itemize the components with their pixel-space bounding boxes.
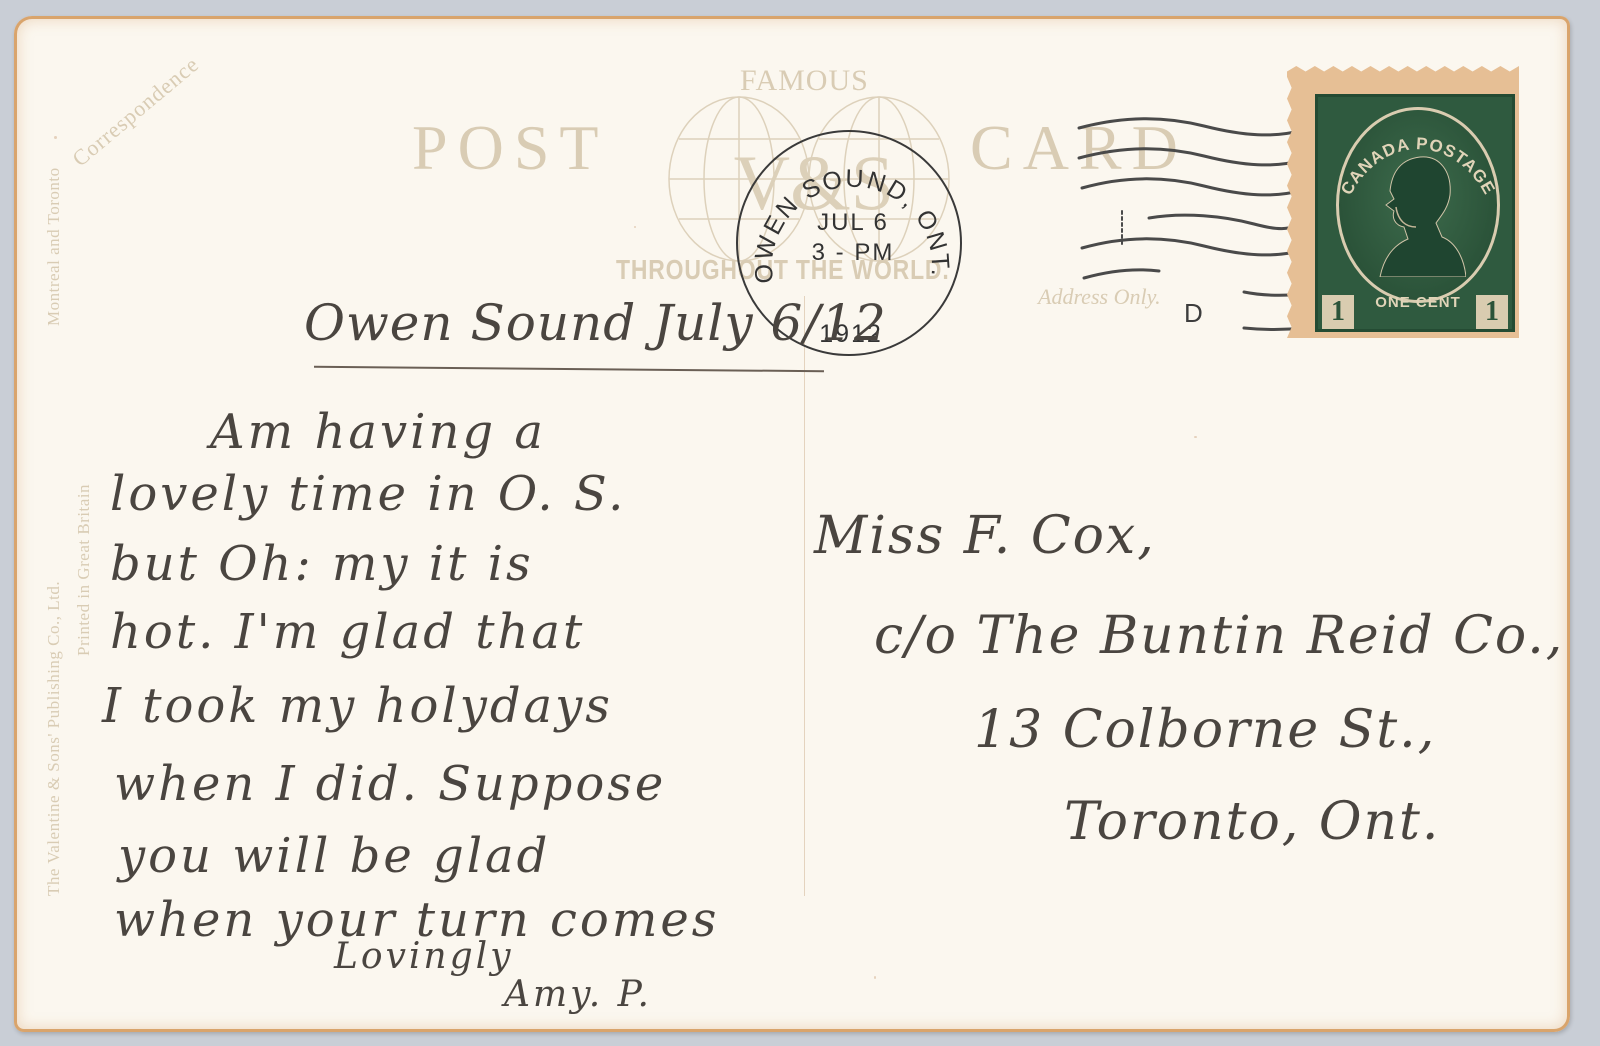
stamp-face: CANADA POSTAGE 1 ONE CENT 1	[1315, 94, 1515, 332]
address-line: c/o The Buntin Reid Co.,	[874, 606, 1564, 666]
printed-montreal-toronto: Montreal and Toronto	[44, 167, 64, 326]
stamp-numeral-left: 1	[1322, 295, 1354, 329]
paper-speck	[634, 226, 636, 228]
address-line: 13 Colborne St.,	[974, 700, 1436, 760]
postmark-time: 3 - PM	[798, 238, 908, 268]
printed-correspondence: Correspondence	[67, 51, 204, 172]
stamp-numeral-right: 1	[1476, 295, 1508, 329]
printed-publisher: The Valentine & Sons' Publishing Co., Lt…	[44, 581, 64, 896]
message-line: you will be glad	[118, 828, 550, 884]
address-line: Toronto, Ont.	[1064, 792, 1440, 852]
message-line: but Oh: my it is	[110, 536, 534, 592]
postage-stamp: CANADA POSTAGE 1 ONE CENT 1	[1287, 66, 1519, 338]
printed-post: POST	[412, 111, 609, 185]
message-signature: Amy. P.	[504, 974, 652, 1015]
heading-underline	[314, 366, 824, 372]
paper-speck	[54, 136, 57, 139]
message-line: Am having a	[210, 404, 546, 460]
postmark-date: JUL 6 3 - PM	[798, 208, 908, 268]
paper-speck	[874, 976, 876, 979]
postmark-month-day: JUL 6	[798, 208, 908, 238]
paper-speck	[1194, 436, 1197, 438]
printed-famous: FAMOUS	[740, 64, 869, 98]
printed-printed-in: Printed in Great Britain	[74, 484, 94, 656]
postcard-back: FAMOUS POST CARD V&S THROUGHOUT THE WORL…	[14, 16, 1570, 1032]
cancel-letter: D	[1184, 298, 1203, 329]
stamp-value-text: ONE CENT	[1372, 295, 1464, 311]
message-closing: Lovingly	[334, 936, 514, 977]
center-divider	[804, 296, 805, 896]
message-heading: Owen Sound July 6/12	[304, 294, 887, 352]
message-line: when I did. Suppose	[114, 756, 666, 812]
message-line: lovely time in O. S.	[110, 466, 626, 522]
address-line: Miss F. Cox,	[814, 506, 1156, 566]
message-line: hot. I'm glad that	[110, 604, 585, 660]
king-portrait-icon	[1370, 147, 1466, 277]
message-line: I took my holydays	[102, 678, 613, 734]
